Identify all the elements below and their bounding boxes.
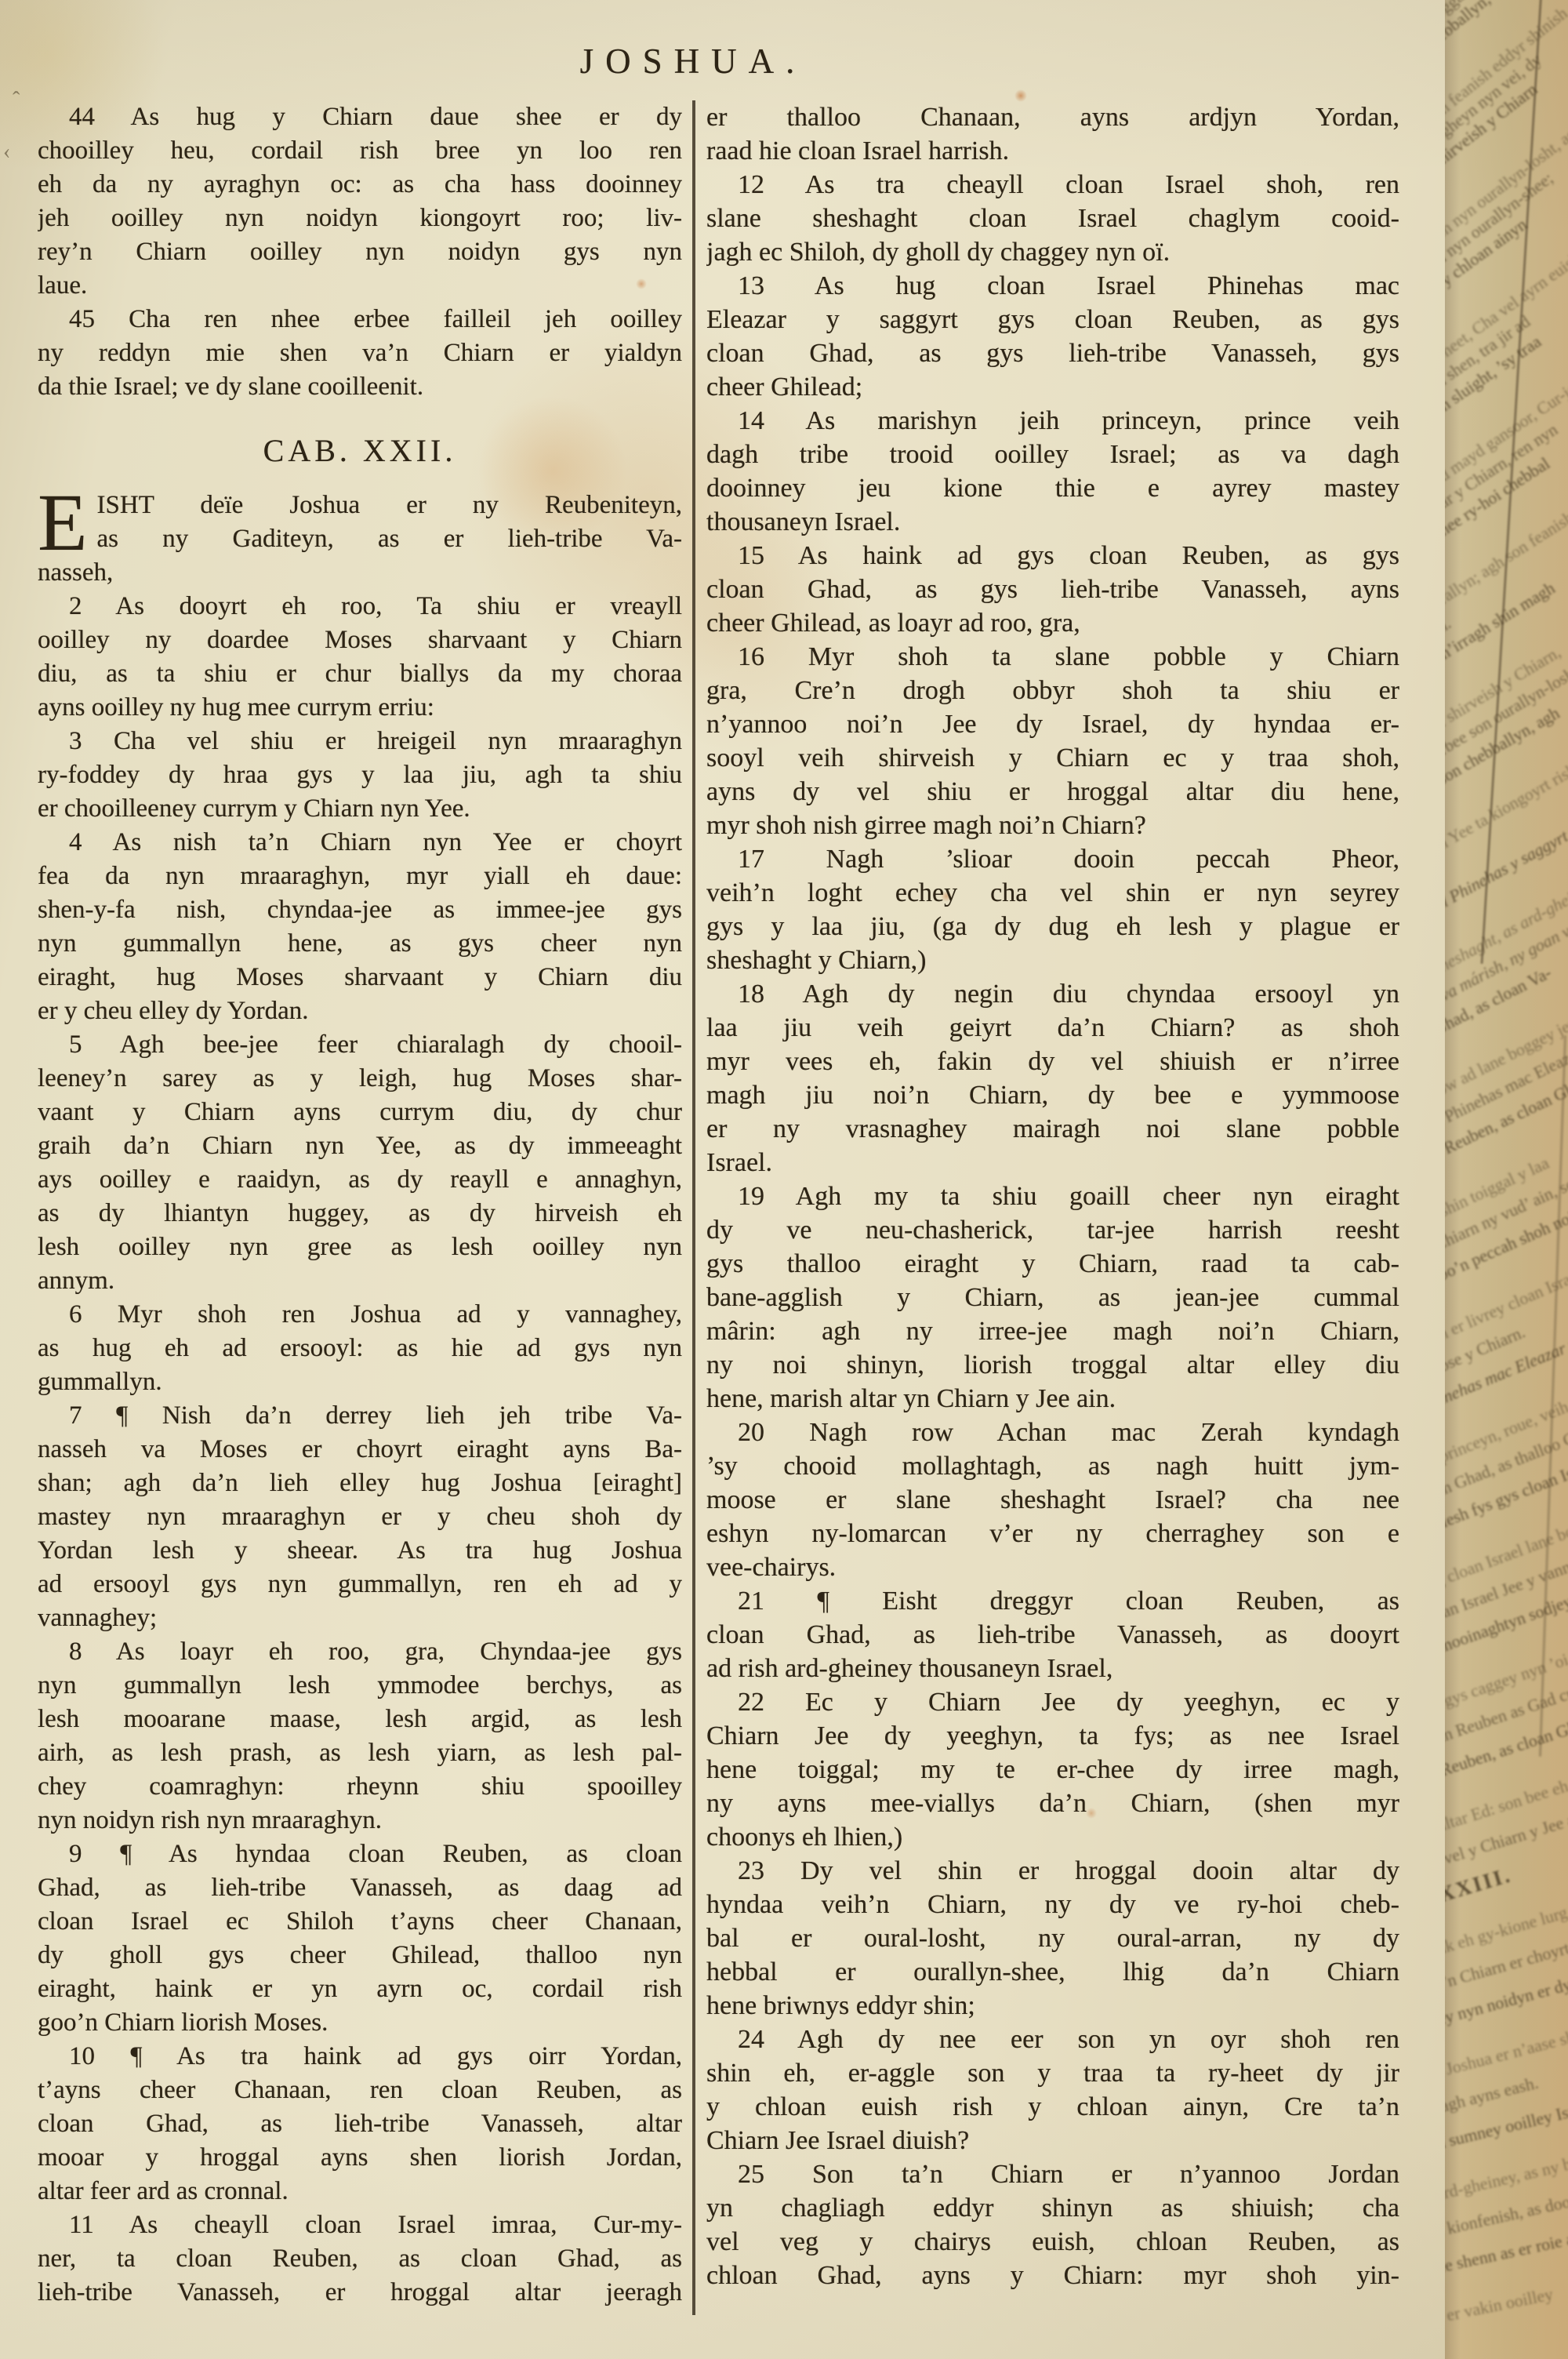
text-line: n’yannoo noi’n Jee dy Israel, dy hyndaa … (706, 707, 1399, 741)
text-line: chooilley heu, cordail rish bree yn loo … (38, 134, 682, 168)
text-line: ISHT deïe Joshua er ny Reubeniteyn, (97, 489, 682, 522)
text-line: chloan Ghad, ayns y Chiarn: myr shoh yin… (706, 2259, 1399, 2292)
text-line: hene briwnys eddyr shin; (706, 1989, 1399, 2023)
text-line: 8 As loayr eh roo, gra, Chyndaa-jee gys (38, 1635, 682, 1669)
text-line: nyn gummallyn hene, as gys cheer nyn (38, 927, 682, 961)
text-line: 45 Cha ren nhee erbee failleil jeh ooill… (38, 303, 682, 336)
verse-11-continued: er thalloo Chanaan, ayns ardjyn Yordan,r… (706, 100, 1399, 168)
text-line: eshyn ny-lomarcan v’er ny cherraghey son… (706, 1517, 1399, 1550)
text-column-left: 44 As hug y Chiarn daue shee er dychooil… (38, 100, 682, 2310)
margin-mark: ‹ (3, 140, 10, 165)
column-divider-rule (692, 100, 695, 2315)
fore-edge-column-rule (1539, 1035, 1566, 1757)
text-line: vannaghey; (38, 1601, 682, 1635)
text-line: 22 Ec y Chiarn Jee dy yeeghyn, ec y (706, 1685, 1399, 1719)
text-line: ner, ta cloan Reuben, as cloan Ghad, as (38, 2242, 682, 2276)
text-line: sooyl veih shirveish y Chiarn ec y traa … (706, 741, 1399, 775)
text-line: dy ve neu-chasherick, tar-jee harrish re… (706, 1213, 1399, 1247)
text-line: mastey nyn mraaraghyn er y cheu shoh dy (38, 1500, 682, 1534)
text-line: jagh ec Shiloh, dy gholl dy chaggey nyn … (706, 235, 1399, 269)
text-line: raad hie cloan Israel harrish. (706, 134, 1399, 168)
verse-45: 45 Cha ren nhee erbee failleil jeh ooill… (38, 303, 682, 404)
text-line: 23 Dy vel shin er hroggal dooin altar dy (706, 1854, 1399, 1888)
text-line: airh, as lesh prash, as lesh yiarn, as l… (38, 1736, 682, 1770)
text-line: cloan Ghad, as gys lieh-tribe Vanasseh, … (706, 336, 1399, 370)
text-line: 14 As marishyn jeih princeyn, prince vei… (706, 404, 1399, 438)
text-line: nasseh va Moses er choyrt eiraght ayns B… (38, 1433, 682, 1467)
text-line: slane sheshaght cloan Israel chaglym coo… (706, 202, 1399, 235)
text-line: 11 As cheayll cloan Israel imraa, Cur-my… (38, 2208, 682, 2242)
verse-24: 24 Agh dy nee eer son yn oyr shoh renshi… (706, 2023, 1399, 2157)
text-line: myr shoh nish girree magh noi’n Chiarn? (706, 809, 1399, 842)
text-line: ny reddyn mie shen va’n Chiarn er yialdy… (38, 336, 682, 370)
text-line: cheer Ghilead, as loayr ad roo, gra, (706, 606, 1399, 640)
text-line: Ghad, as lieh-tribe Vanasseh, as daag ad (38, 1871, 682, 1905)
text-line: da thie Israel; ve dy slane cooilleenit. (38, 370, 682, 404)
verse-18: 18 Agh dy negin diu chyndaa ersooyl ynla… (706, 977, 1399, 1179)
verse-16: 16 Myr shoh ta slane pobble y Chiarngra,… (706, 640, 1399, 842)
text-line: 10 ¶ As tra haink ad gys oirr Yordan, (38, 2040, 682, 2074)
verse-25: 25 Son ta’n Chiarn er n’yannoo Jordanyn … (706, 2157, 1399, 2292)
text-line: dy gholl gys cheer Ghilead, thalloo nyn (38, 1939, 682, 1972)
text-line: er ny vrasnaghey mairagh noi slane pobbl… (706, 1112, 1399, 1146)
text-line: gra, Cre’n drogh obbyr shoh ta shiu er (706, 674, 1399, 707)
text-line: nyn gummallyn lesh ymmodee berchys, as (38, 1669, 682, 1703)
verse-2: 2 As dooyrt eh roo, Ta shiu er vreaylloo… (38, 590, 682, 725)
text-line: 7 ¶ Nish da’n derrey lieh jeh tribe Va- (38, 1399, 682, 1433)
text-line: 15 As haink ad gys cloan Reuben, as gys (706, 539, 1399, 572)
text-line: t’ayns cheer Chanaan, ren cloan Reuben, … (38, 2074, 682, 2107)
text-line: shin eh, er-aggle son y traa ta ry-heet … (706, 2056, 1399, 2090)
text-line: ad rish ard-gheiney thousaneyn Israel, (706, 1652, 1399, 1685)
text-line: lieh-tribe Vanasseh, er hroggal altar je… (38, 2276, 682, 2310)
text-line: graih da’n Chiarn nyn Yee, as dy immeeag… (38, 1129, 682, 1163)
text-line: diu, as ta shiu er chur biallys da my ch… (38, 657, 682, 691)
text-line: laa jiu veih geiyrt da’n Chiarn? as shoh (706, 1011, 1399, 1045)
text-line: ays ooilley e raaidyn, as dy reayll e an… (38, 1163, 682, 1197)
margin-mark: ˆ (13, 88, 20, 113)
verse-14: 14 As marishyn jeih princeyn, prince vei… (706, 404, 1399, 539)
text-line: 9 ¶ As hyndaa cloan Reuben, as cloan (38, 1837, 682, 1871)
verse-3: 3 Cha vel shiu er hreigeil nyn mraaraghy… (38, 725, 682, 826)
text-column-right: er thalloo Chanaan, ayns ardjyn Yordan,r… (706, 100, 1399, 2292)
text-line: eh da ny ayraghyn oc: as cha hass dooinn… (38, 168, 682, 202)
text-line: myr vees eh, fakin dy vel shiuish er n’i… (706, 1045, 1399, 1078)
text-line: fea da nyn mraaraghyn, myr yiall eh daue… (38, 860, 682, 893)
text-line: Israel. (706, 1146, 1399, 1179)
text-line: 5 Agh bee-jee feer chiaralagh dy chooil- (38, 1028, 682, 1062)
text-line: 12 As tra cheayll cloan Israel shoh, ren (706, 168, 1399, 202)
text-line: cloan Ghad, as lieh-tribe Vanasseh, as d… (706, 1618, 1399, 1652)
verse-13: 13 As hug cloan Israel Phinehas macEleaz… (706, 269, 1399, 404)
verse-15: 15 As haink ad gys cloan Reuben, as gysc… (706, 539, 1399, 640)
text-line: thousaneyn Israel. (706, 505, 1399, 539)
text-line: jeh ooilley nyn noidyn kiongoyrt roo; li… (38, 202, 682, 235)
text-line: ad ersooyl gys nyn gummallyn, ren eh ad … (38, 1568, 682, 1601)
text-line: nasseh, (38, 556, 682, 590)
text-line: sheshaght y Chiarn,) (706, 943, 1399, 977)
text-line: mooar y hroggal ayns shen liorish Jordan… (38, 2141, 682, 2175)
text-line: moose er slane sheshaght Israel? cha nee (706, 1483, 1399, 1517)
text-line: ayns dy vel shiu er hroggal altar diu he… (706, 775, 1399, 809)
text-line: ’sy chooid mollaghtagh, as nagh huitt jy… (706, 1449, 1399, 1483)
text-line: altar feer ard as cronnal. (38, 2175, 682, 2208)
text-line: dooinney jeu kione thie e ayrey mastey (706, 471, 1399, 505)
text-line: cheer Ghilead; (706, 370, 1399, 404)
text-line: vaant y Chiarn ayns currym diu, dy chur (38, 1096, 682, 1129)
text-line: 16 Myr shoh ta slane pobble y Chiarn (706, 640, 1399, 674)
text-line: chey coamraghyn: rheynn shiu spooilley (38, 1770, 682, 1804)
text-line: magh jiu noi’n Chiarn, dy bee e yymmoose (706, 1078, 1399, 1112)
verse-7: 7 ¶ Nish da’n derrey lieh jeh tribe Va-n… (38, 1399, 682, 1635)
text-line: y chloan euish rish y chloan ainyn, Cre … (706, 2090, 1399, 2124)
verse-21: 21 ¶ Eisht dreggyr cloan Reuben, ascloan… (706, 1584, 1399, 1685)
verse-10: 10 ¶ As tra haink ad gys oirr Yordan,t’a… (38, 2040, 682, 2208)
text-line: 25 Son ta’n Chiarn er n’yannoo Jordan (706, 2157, 1399, 2191)
verse-6: 6 Myr shoh ren Joshua ad y vannaghey,as … (38, 1298, 682, 1399)
text-line: leeney’n sarey as y leigh, hug Moses sha… (38, 1062, 682, 1096)
text-line: bal er oural-losht, ny oural-arran, ny d… (706, 1921, 1399, 1955)
text-line: ayns ooilley ny hug mee currym erriu: (38, 691, 682, 725)
text-line: 2 As dooyrt eh roo, Ta shiu er vreayll (38, 590, 682, 623)
text-line: eiraght, hug Moses sharvaant y Chiarn di… (38, 961, 682, 994)
verse-17: 17 Nagh ’slioar dooin peccah Pheor,veih’… (706, 842, 1399, 977)
text-line: mârin: agh ny irree-jee magh noi’n Chiar… (706, 1314, 1399, 1348)
verse-12: 12 As tra cheayll cloan Israel shoh, ren… (706, 168, 1399, 269)
text-line: 20 Nagh row Achan mac Zerah kyndagh (706, 1416, 1399, 1449)
text-line: gummallyn. (38, 1365, 682, 1399)
text-line: as hug eh ad ersooyl: as hie ad gys nyn (38, 1332, 682, 1365)
text-line: shen-y-fa nish, chyndaa-jee as immee-jee… (38, 893, 682, 927)
text-line: rey’n Chiarn ooilley nyn noidyn gys nyn (38, 235, 682, 269)
text-line: as dy lhiantyn huggey, as dy hirveish eh (38, 1197, 682, 1230)
text-line: nyn noidyn rish nyn mraaraghyn. (38, 1804, 682, 1837)
text-line: eiraght, haink er yn ayrn oc, cordail ri… (38, 1972, 682, 2006)
text-line: 17 Nagh ’slioar dooin peccah Pheor, (706, 842, 1399, 876)
text-line: gys thalloo eiraght y Chiarn, raad ta ca… (706, 1247, 1399, 1281)
text-line: ny ayns mee-viallys da’n Chiarn, (shen m… (706, 1787, 1399, 1820)
text-line: er y cheu elley dy Yordan. (38, 994, 682, 1028)
text-line: as ny Gaditeyn, as er lieh-tribe Va- (97, 522, 682, 556)
text-line: cloan Israel ec Shiloh t’ayns cheer Chan… (38, 1905, 682, 1939)
text-line: 3 Cha vel shiu er hreigeil nyn mraaraghy… (38, 725, 682, 758)
text-line: bane-agglish y Chiarn, as jean-jee cumma… (706, 1281, 1399, 1314)
text-line: vel veg y chairys euish, chloan Reuben, … (706, 2225, 1399, 2259)
text-line: Chiarn Jee Israel diuish? (706, 2124, 1399, 2157)
verse-1: EISHT deïe Joshua er ny Reubeniteyn,as n… (38, 489, 682, 590)
verse-9: 9 ¶ As hyndaa cloan Reuben, as cloanGhad… (38, 1837, 682, 2040)
text-line: 18 Agh dy negin diu chyndaa ersooyl yn (706, 977, 1399, 1011)
chapter-heading: CAB. XXII. (38, 434, 682, 468)
text-line: 19 Agh my ta shiu goaill cheer nyn eirag… (706, 1179, 1399, 1213)
text-line: dagh tribe trooid ooilley Israel; as va … (706, 438, 1399, 471)
text-line: choonys eh lhien,) (706, 1820, 1399, 1854)
text-line: annym. (38, 1264, 682, 1298)
book-fore-edge: ey, er-y-fa shen, Lhig doondy hroggal al… (1445, 0, 1568, 2359)
text-line: hene, marish altar yn Chiarn y Jee ain. (706, 1382, 1399, 1416)
verse-11: 11 As cheayll cloan Israel imraa, Cur-my… (38, 2208, 682, 2310)
verse-23: 23 Dy vel shin er hroggal dooin altar dy… (706, 1854, 1399, 2023)
text-line: yn chagliagh eddyr shinyn as shiuish; ch… (706, 2191, 1399, 2225)
text-line: 4 As nish ta’n Chiarn nyn Yee er choyrt (38, 826, 682, 860)
text-line: 24 Agh dy nee eer son yn oyr shoh ren (706, 2023, 1399, 2056)
verse-8: 8 As loayr eh roo, gra, Chyndaa-jee gysn… (38, 1635, 682, 1837)
text-line: Eleazar y saggyrt gys cloan Reuben, as g… (706, 303, 1399, 336)
text-line: Yordan lesh y sheear. As tra hug Joshua (38, 1534, 682, 1568)
verse-44: 44 As hug y Chiarn daue shee er dychooil… (38, 100, 682, 303)
text-line: cloan Ghad, as lieh-tribe Vanasseh, alta… (38, 2107, 682, 2141)
text-line: ry-foddey dy hraa gys y laa jiu, agh ta … (38, 758, 682, 792)
verse-20: 20 Nagh row Achan mac Zerah kyndagh’sy c… (706, 1416, 1399, 1584)
text-line: 13 As hug cloan Israel Phinehas mac (706, 269, 1399, 303)
running-head: JOSHUA. (0, 41, 1386, 82)
verse-22: 22 Ec y Chiarn Jee dy yeeghyn, ec yChiar… (706, 1685, 1399, 1854)
text-line: gys y laa jiu, (ga dy dug eh lesh y plag… (706, 910, 1399, 943)
text-line: veih’n loght echey cha vel shin er nyn s… (706, 876, 1399, 910)
book-page-scan: JOSHUA. ˆ ‹ 44 As hug y Chiarn daue shee… (0, 0, 1568, 2359)
text-line: ny noi shinyn, liorish troggal altar ell… (706, 1348, 1399, 1382)
text-line: hebbal er ourallyn-shee, lhig da’n Chiar… (706, 1955, 1399, 1989)
verse-19: 19 Agh my ta shiu goaill cheer nyn eirag… (706, 1179, 1399, 1416)
text-line: goo’n Chiarn liorish Moses. (38, 2006, 682, 2040)
text-line: vee-chairys. (706, 1550, 1399, 1584)
verse-4: 4 As nish ta’n Chiarn nyn Yee er choyrtf… (38, 826, 682, 1028)
text-line: hyndaa veih’n Chiarn, ny dy ve ry-hoi ch… (706, 1888, 1399, 1921)
text-line: cloan Ghad, as gys lieh-tribe Vanasseh, … (706, 572, 1399, 606)
text-line: laue. (38, 269, 682, 303)
text-line: shan; agh da’n lieh elley hug Joshua [ei… (38, 1467, 682, 1500)
text-line: Chiarn Jee dy yeeghyn, ta fys; as nee Is… (706, 1719, 1399, 1753)
text-line: 44 As hug y Chiarn daue shee er dy (38, 100, 682, 134)
text-line: lesh ooilley nyn gree as lesh ooilley ny… (38, 1230, 682, 1264)
text-line: 6 Myr shoh ren Joshua ad y vannaghey, (38, 1298, 682, 1332)
text-line: 21 ¶ Eisht dreggyr cloan Reuben, as (706, 1584, 1399, 1618)
text-line: lesh mooarane maase, lesh argid, as lesh (38, 1703, 682, 1736)
text-line: hene toiggal; my te er-chee dy irree mag… (706, 1753, 1399, 1787)
verse-5: 5 Agh bee-jee feer chiaralagh dy chooil-… (38, 1028, 682, 1298)
text-line: er chooilleeney currym y Chiarn nyn Yee. (38, 792, 682, 826)
text-line: ooilley ny doardee Moses sharvaant y Chi… (38, 623, 682, 657)
text-line: er thalloo Chanaan, ayns ardjyn Yordan, (706, 100, 1399, 134)
drop-cap-initial: E (38, 490, 88, 556)
